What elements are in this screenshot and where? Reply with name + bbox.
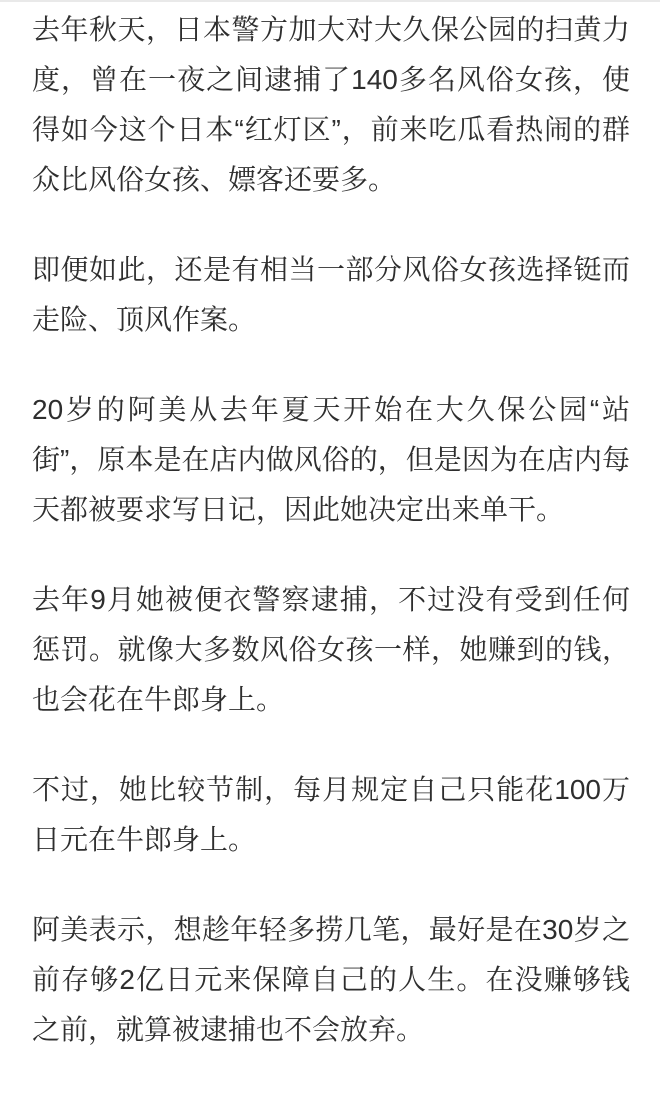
article-paragraph-6: 阿美表示，想趁年轻多捞几笔，最好是在30岁之前存够2亿日元来保障自己的人生。在没… — [32, 905, 630, 1055]
article-body: 去年秋天，日本警方加大对大久保公园的扫黄力度，曾在一夜之间逮捕了140多名风俗女… — [0, 2, 660, 1055]
article-paragraph-4: 去年9月她被便衣警察逮捕，不过没有受到任何惩罚。就像大多数风俗女孩一样，她赚到的… — [32, 575, 630, 725]
article-paragraph-1: 去年秋天，日本警方加大对大久保公园的扫黄力度，曾在一夜之间逮捕了140多名风俗女… — [32, 5, 630, 205]
article-paragraph-3: 20岁的阿美从去年夏天开始在大久保公园“站街”，原本是在店内做风俗的，但是因为在… — [32, 385, 630, 535]
article-paragraph-2: 即便如此，还是有相当一部分风俗女孩选择铤而走险、顶风作案。 — [32, 245, 630, 345]
article-paragraph-5: 不过，她比较节制，每月规定自己只能花100万日元在牛郎身上。 — [32, 765, 630, 865]
